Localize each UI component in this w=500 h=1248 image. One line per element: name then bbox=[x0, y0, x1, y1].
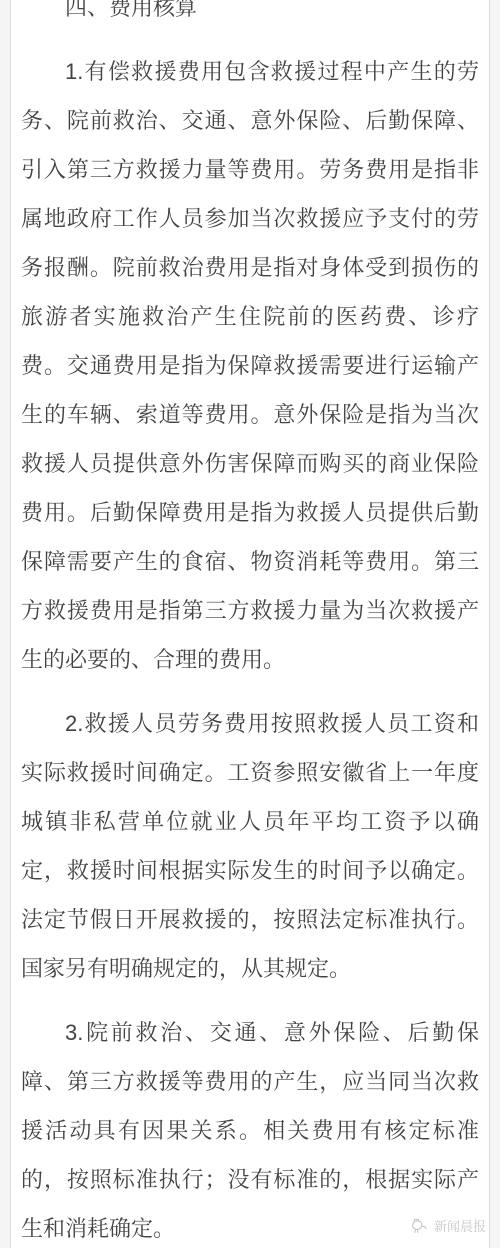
right-page-edge bbox=[489, 0, 500, 1248]
section-heading: 四、费用核算 bbox=[21, 0, 479, 32]
left-page-edge bbox=[0, 0, 11, 1248]
rooster-logo-icon bbox=[409, 1218, 429, 1235]
watermark-label: 新闻晨报 bbox=[434, 1220, 486, 1233]
article-screenshot: 四、费用核算 1.有偿救援费用包含救援过程中产生的劳务、院前救治、交通、意外保险… bbox=[0, 0, 500, 1248]
paragraph-2: 2.救援人员劳务费用按照救援人员工资和实际救援时间确定。工资参照安徽省上一年度城… bbox=[21, 699, 479, 993]
paragraph-3: 3.院前救治、交通、意外保险、后勤保障、第三方救援等费用的产生，应当同当次救援活… bbox=[21, 1008, 479, 1248]
paragraph-1: 1.有偿救援费用包含救援过程中产生的劳务、院前救治、交通、意外保险、后勤保障、引… bbox=[21, 47, 479, 684]
article-body: 四、费用核算 1.有偿救援费用包含救援过程中产生的劳务、院前救治、交通、意外保险… bbox=[0, 0, 500, 1248]
watermark: 新闻晨报 bbox=[409, 1218, 486, 1235]
